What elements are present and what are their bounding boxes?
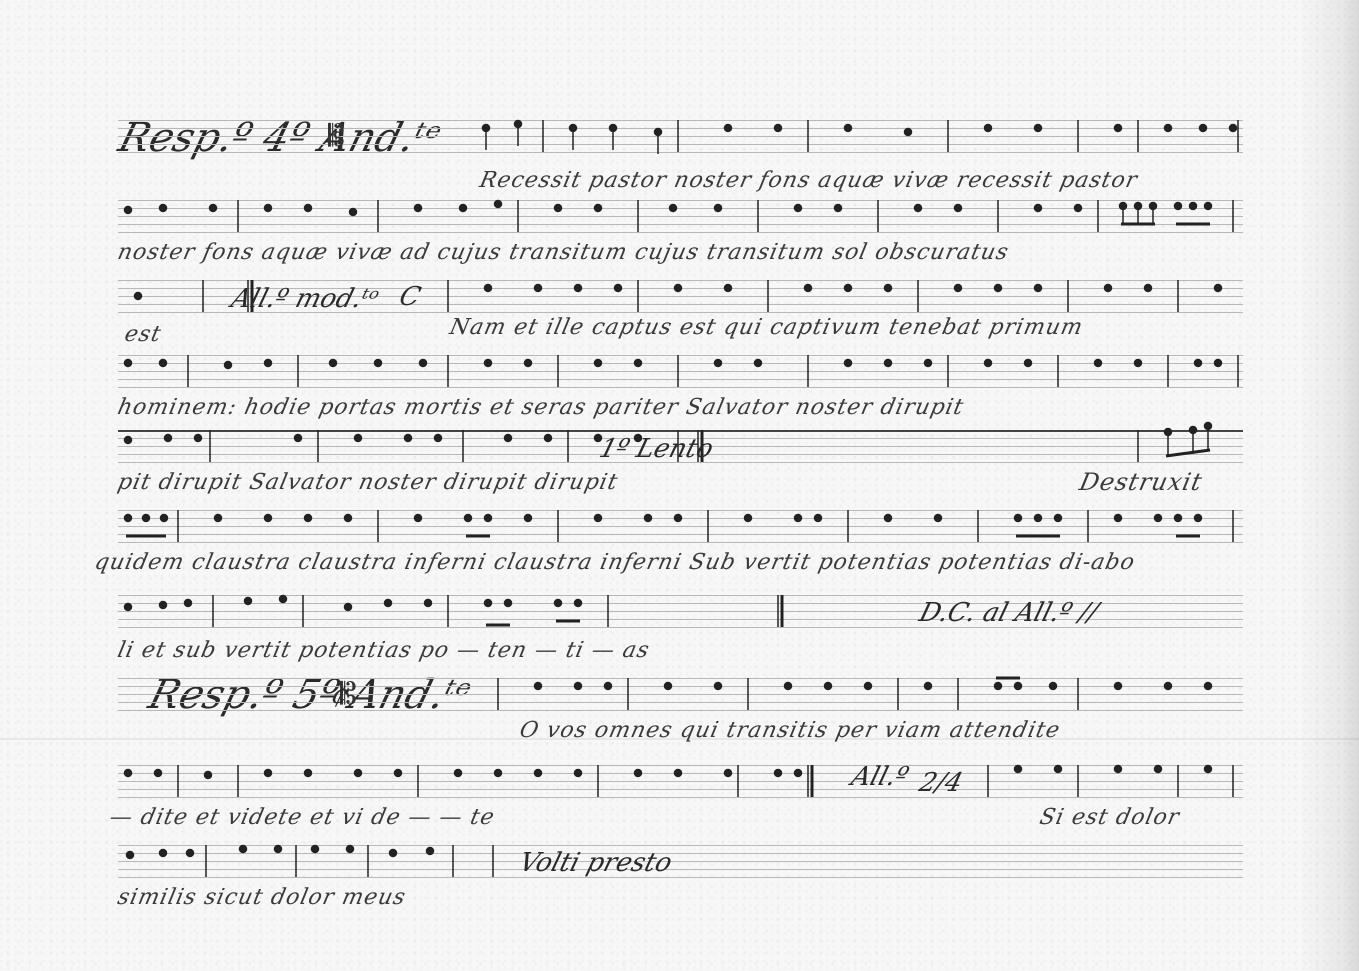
svg-text:𝄡: 𝄡 (328, 119, 345, 154)
section-marking-lento: 1º Lento (596, 434, 717, 464)
meter-two-four: 2/4 (916, 768, 966, 798)
lyrics-line-8: O vos omnes qui transitis per viam atten… (517, 718, 1062, 743)
notes-10 (118, 831, 1243, 891)
tempo-marking-allegro: All.º (848, 762, 912, 792)
lyrics-line-5: pit dirupit Salvator noster dirupit diru… (115, 470, 620, 495)
tempo-marking-allegro-moderato: All.º mod.ᵗᵒ (228, 284, 382, 314)
notes-1: 𝄡 (118, 106, 1243, 166)
notes-8: 𝄡 (118, 664, 1243, 724)
staff-1: 𝄡 (118, 120, 1243, 154)
da-capo-marking: D.C. al All.º // (916, 598, 1101, 628)
page-fold-shadow (1299, 0, 1359, 971)
staff-9 (118, 765, 1243, 799)
staff-2 (118, 200, 1243, 234)
notes-9 (118, 751, 1243, 811)
notes-2 (118, 186, 1243, 246)
lyrics-line-9: — dite et videte et vi de — — te (107, 805, 497, 830)
lyrics-line-2: noster fons aquæ vivæ ad cujus transitum… (115, 240, 1011, 265)
lyrics-line-5-right: Destruxit (1077, 468, 1205, 496)
lyrics-line-7: li et sub vertit potentias po — ten — ti… (115, 638, 652, 663)
lyrics-line-6: quidem claustra claustra inferni claustr… (92, 550, 1137, 575)
manuscript-page: Resp.º 4º And.ᵗᵉ 𝄡 (0, 0, 1359, 971)
closing-marking-volti: Volti presto (516, 848, 675, 878)
staff-6 (118, 510, 1243, 544)
lyrics-line-10: similis sicut dolor meus (115, 885, 408, 910)
lyrics-line-3: Nam et ille captus est qui captivum tene… (447, 315, 1085, 340)
staff-8: 𝄡 (118, 678, 1243, 712)
notes-6 (118, 496, 1243, 556)
notes-4 (118, 341, 1243, 401)
staff-4 (118, 355, 1243, 389)
staff-10 (118, 845, 1243, 879)
lyrics-line-9-right: Si est dolor (1037, 805, 1182, 830)
